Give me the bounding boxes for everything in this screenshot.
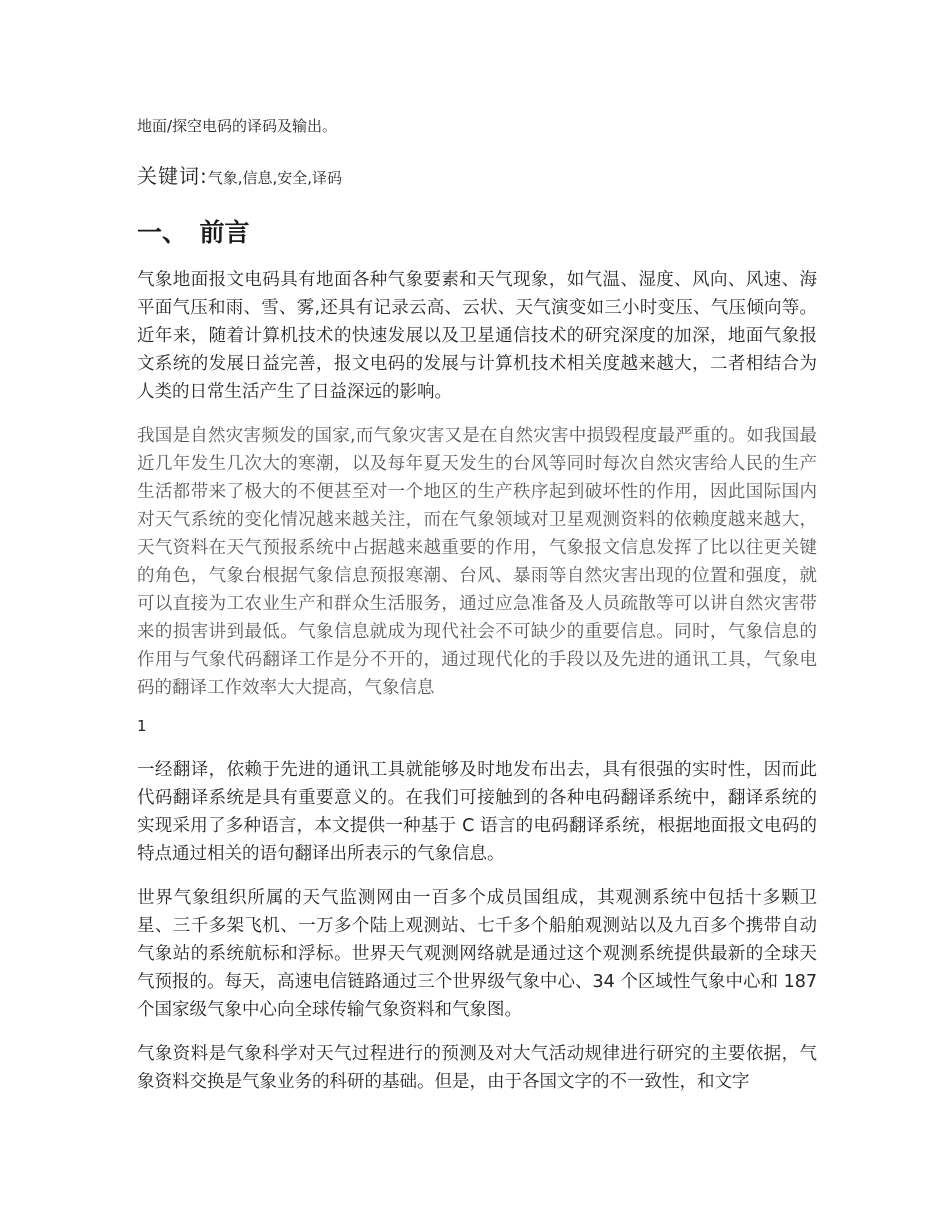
keywords-value: 气象,信息,安全,译码 [208, 169, 342, 187]
intro-line: 地面/探空电码的译码及输出。 [137, 116, 817, 137]
paragraph-1: 气象地面报文电码具有地面各种气象要素和天气现象，如气温、湿度、风向、风速、海平面… [137, 266, 817, 406]
paragraph-3: 一经翻译，依赖于先进的通讯工具就能够及时地发布出去，具有很强的实时性，因而此代码… [137, 756, 817, 868]
keywords-line: 关键词:气象,信息,安全,译码 [137, 163, 817, 192]
paragraph-2: 我国是自然灾害频发的国家,而气象灾害又是在自然灾害中损毁程度最严重的。如我国最近… [137, 422, 817, 702]
section-heading-foreword: 一、 前言 [137, 216, 817, 250]
paragraph-4: 世界气象组织所属的天气监测网由一百多个成员国组成，其观测系统中包括十多颗卫星、三… [137, 884, 817, 1024]
paragraph-5: 气象资料是气象科学对天气过程进行的预测及对大气活动规律进行研究的主要依据，气象资… [137, 1040, 817, 1096]
document-page: 地面/探空电码的译码及输出。 关键词:气象,信息,安全,译码 一、 前言 气象地… [0, 0, 950, 1230]
keywords-label: 关键词: [137, 164, 208, 188]
page-number: 1 [137, 716, 817, 736]
